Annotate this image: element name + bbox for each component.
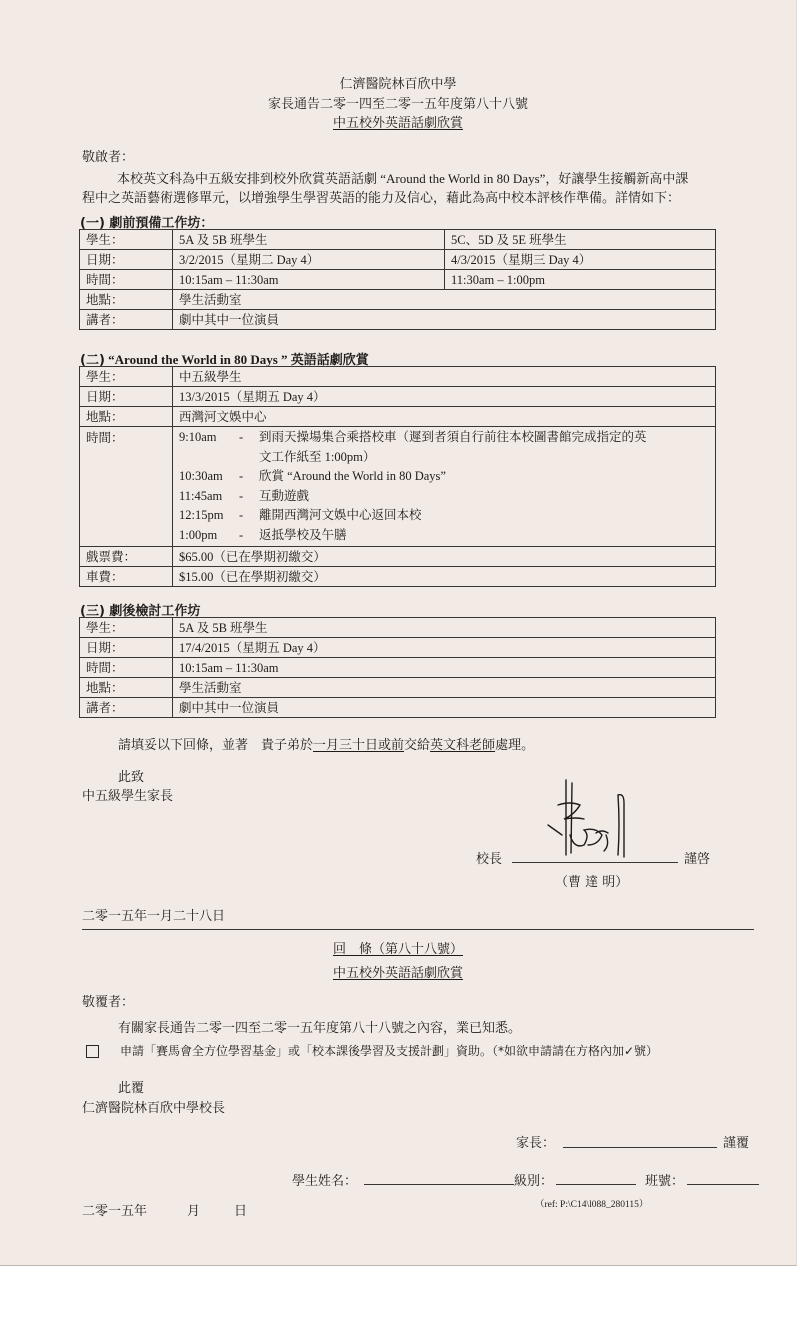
post-workshop-table: 學生： 5A 及 5B 班學生 日期： 17/4/2015（星期五 Day 4）… xyxy=(79,617,716,718)
table-row: 日期： 13/3/2015（星期五 Day 4） xyxy=(80,387,716,407)
principal-signature-icon xyxy=(540,775,660,865)
row-label: 講者： xyxy=(80,698,173,718)
row-label: 講者： xyxy=(80,310,173,330)
table-row: 戲票費： $65.00（已在學期初繳交） xyxy=(80,547,716,567)
cell-value: 學生活動室 xyxy=(173,290,716,310)
ticket-fee: $65.00（已在學期初繳交） xyxy=(173,547,716,567)
subsidy-application-checkbox[interactable] xyxy=(86,1045,99,1058)
schedule-time xyxy=(179,448,237,468)
row-label: 時間： xyxy=(80,427,173,547)
class-label: 級別： xyxy=(514,1170,553,1189)
student-name-field[interactable] xyxy=(364,1184,514,1185)
cell-value: 17/4/2015（星期五 Day 4） xyxy=(173,638,716,658)
instruction-part1: 請填妥以下回條，並著 貴子弟於 xyxy=(118,738,313,753)
schedule-desc: 互動遊戲 xyxy=(259,487,715,507)
intro-line-1: 本校英文科為中五級安排到校外欣賞英語話劇 “Around the World i… xyxy=(117,168,688,187)
intro-line-2: 程中之英語藝術選修單元，以增強學生學習英語的能力及信心，藉此為高中校本評核作準備… xyxy=(82,187,680,206)
row-label: 戲票費： xyxy=(80,547,173,567)
schedule-dash: - xyxy=(237,467,259,487)
schedule-time: 11:45am xyxy=(179,487,237,507)
row-label: 地點： xyxy=(80,678,173,698)
schedule-time: 10:30am xyxy=(179,467,237,487)
tear-off-divider xyxy=(82,929,754,930)
schedule-dash: - xyxy=(237,526,259,546)
cell-value: 5A 及 5B 班學生 xyxy=(173,618,716,638)
pre-workshop-table: 學生： 5A 及 5B 班學生 5C、5D 及 5E 班學生 日期： 3/2/2… xyxy=(79,229,716,330)
row-label: 學生： xyxy=(80,230,173,250)
reply-title-wrap: 回 條（第八十八號） xyxy=(0,938,796,958)
return-recipient: 英文科老師 xyxy=(430,738,495,753)
parent-suffix: 謹覆 xyxy=(723,1132,749,1151)
cell-group-b: 11:30am – 1:00pm xyxy=(445,270,716,290)
section2-play-title: “Around the World in 80 Days ” xyxy=(108,352,287,367)
play-table: 學生： 中五級學生 日期： 13/3/2015（星期五 Day 4） 地點： 西… xyxy=(79,366,716,587)
cell-value: 13/3/2015（星期五 Day 4） xyxy=(173,387,716,407)
reply-slip-title: 回 條（第八十八號） xyxy=(333,942,463,957)
table-row: 學生： 5A 及 5B 班學生 5C、5D 及 5E 班學生 xyxy=(80,230,716,250)
cell-value: 劇中其中一位演員 xyxy=(173,310,716,330)
table-row: 車費： $15.00（已在學期初繳交） xyxy=(80,567,716,587)
reply-closing-recipient: 仁濟醫院林百欣中學校長 xyxy=(82,1097,225,1116)
principal-signature-line xyxy=(512,862,678,863)
cell-value: 中五級學生 xyxy=(173,367,716,387)
schedule-desc: 到雨天操場集合乘搭校車（遲到者須自行前往本校圖書館完成指定的英 xyxy=(259,428,715,448)
subsidy-application-label: 申請「賽馬會全方位學習基金」或「校本課後學習及支援計劃」資助。（*如欲申請請在方… xyxy=(120,1042,658,1059)
row-label: 日期： xyxy=(80,250,173,270)
notice-number: 家長通告二零一四至二零一五年度第八十八號 xyxy=(0,93,796,112)
reply-date-month: 月 xyxy=(187,1200,200,1219)
parent-label: 家長： xyxy=(516,1132,555,1151)
instruction-part2: 交給 xyxy=(404,738,430,753)
reply-slip-subtitle: 中五校外英語話劇欣賞 xyxy=(333,966,463,981)
closing-prefix: 此致 xyxy=(118,766,144,785)
schedule-desc: 欣賞 “Around the World in 80 Days” xyxy=(259,467,715,487)
return-instruction: 請填妥以下回條，並著 貴子弟於一月三十日或前交給英文科老師處理。 xyxy=(118,734,534,753)
cell-value: 西灣河文娛中心 xyxy=(173,407,716,427)
row-label: 地點： xyxy=(80,290,173,310)
schedule-time: 12:15pm xyxy=(179,506,237,526)
reply-date-day: 日 xyxy=(234,1200,247,1219)
notice-title-wrap: 中五校外英語話劇欣賞 xyxy=(0,112,796,132)
closing-recipient: 中五級學生家長 xyxy=(82,785,173,804)
document-page: 仁濟醫院林百欣中學 家長通告二零一四至二零一五年度第八十八號 中五校外英語話劇欣… xyxy=(0,0,797,1266)
cell-group-b: 5C、5D 及 5E 班學生 xyxy=(445,230,716,250)
row-label: 時間： xyxy=(80,270,173,290)
principal-name: （曹 達 明） xyxy=(555,871,628,890)
schedule-dash xyxy=(237,448,259,468)
schedule-desc: 文工作紙至 1:00pm） xyxy=(259,448,715,468)
reply-closing-prefix: 此覆 xyxy=(118,1077,144,1096)
table-row: 學生： 5A 及 5B 班學生 xyxy=(80,618,716,638)
return-deadline: 一月三十日或前 xyxy=(313,738,404,753)
class-number-label: 班號： xyxy=(645,1170,684,1189)
table-row: 地點： 學生活動室 xyxy=(80,290,716,310)
cell-group-a: 3/2/2015（星期二 Day 4） xyxy=(173,250,445,270)
table-row: 講者： 劇中其中一位演員 xyxy=(80,310,716,330)
row-label: 學生： xyxy=(80,367,173,387)
table-row: 學生： 中五級學生 xyxy=(80,367,716,387)
row-label: 學生： xyxy=(80,618,173,638)
table-row: 日期： 17/4/2015（星期五 Day 4） xyxy=(80,638,716,658)
schedule-list: 9:10am - 到雨天操場集合乘搭校車（遲到者須自行前往本校圖書館完成指定的英… xyxy=(179,427,715,546)
row-label: 車費： xyxy=(80,567,173,587)
cell-group-b: 4/3/2015（星期三 Day 4） xyxy=(445,250,716,270)
table-row: 時間： 10:15am – 11:30am 11:30am – 1:00pm xyxy=(80,270,716,290)
table-row: 地點： 西灣河文娛中心 xyxy=(80,407,716,427)
row-label: 時間： xyxy=(80,658,173,678)
principal-label: 校長 xyxy=(476,848,502,867)
student-name-label: 學生姓名： xyxy=(292,1170,357,1189)
reply-subtitle-wrap: 中五校外英語話劇欣賞 xyxy=(0,962,796,982)
row-label: 日期： xyxy=(80,387,173,407)
table-row: 地點： 學生活動室 xyxy=(80,678,716,698)
schedule-time: 1:00pm xyxy=(179,526,237,546)
instruction-part3: 處理。 xyxy=(495,738,534,753)
schedule-dash: - xyxy=(237,487,259,507)
school-name: 仁濟醫院林百欣中學 xyxy=(0,73,796,92)
reference-code: （ref: P:\C14\l088_280115） xyxy=(535,1196,648,1210)
table-row: 時間： 10:15am – 11:30am xyxy=(80,658,716,678)
cell-value: 學生活動室 xyxy=(173,678,716,698)
table-row: 日期： 3/2/2015（星期二 Day 4） 4/3/2015（星期三 Day… xyxy=(80,250,716,270)
schedule-dash: - xyxy=(237,428,259,448)
principal-suffix: 謹啓 xyxy=(684,848,710,867)
table-row: 講者： 劇中其中一位演員 xyxy=(80,698,716,718)
notice-title: 中五校外英語話劇欣賞 xyxy=(333,116,463,131)
cell-group-a: 10:15am – 11:30am xyxy=(173,270,445,290)
reply-salutation: 敬覆者： xyxy=(82,991,134,1010)
row-label: 日期： xyxy=(80,638,173,658)
notice-date: 二零一五年一月二十八日 xyxy=(82,905,225,924)
cell-group-a: 5A 及 5B 班學生 xyxy=(173,230,445,250)
bus-fee: $15.00（已在學期初繳交） xyxy=(173,567,716,587)
row-label: 地點： xyxy=(80,407,173,427)
schedule-dash: - xyxy=(237,506,259,526)
schedule-time: 9:10am xyxy=(179,428,237,448)
schedule-cell: 9:10am - 到雨天操場集合乘搭校車（遲到者須自行前往本校圖書館完成指定的英… xyxy=(173,427,716,547)
cell-value: 劇中其中一位演員 xyxy=(173,698,716,718)
cell-value: 10:15am – 11:30am xyxy=(173,658,716,678)
schedule-desc: 返抵學校及午膳 xyxy=(259,526,715,546)
salutation: 敬啟者： xyxy=(82,146,134,165)
table-row: 時間： 9:10am - 到雨天操場集合乘搭校車（遲到者須自行前往本校圖書館完成… xyxy=(80,427,716,547)
parent-signature-field[interactable] xyxy=(563,1147,717,1148)
schedule-desc: 離開西灣河文娛中心返回本校 xyxy=(259,506,715,526)
class-field[interactable] xyxy=(556,1184,636,1185)
class-number-field[interactable] xyxy=(687,1184,759,1185)
reply-acknowledgement: 有關家長通告二零一四至二零一五年度第八十八號之內容，業已知悉。 xyxy=(118,1017,521,1036)
reply-date-year: 二零一五年 xyxy=(82,1200,147,1219)
